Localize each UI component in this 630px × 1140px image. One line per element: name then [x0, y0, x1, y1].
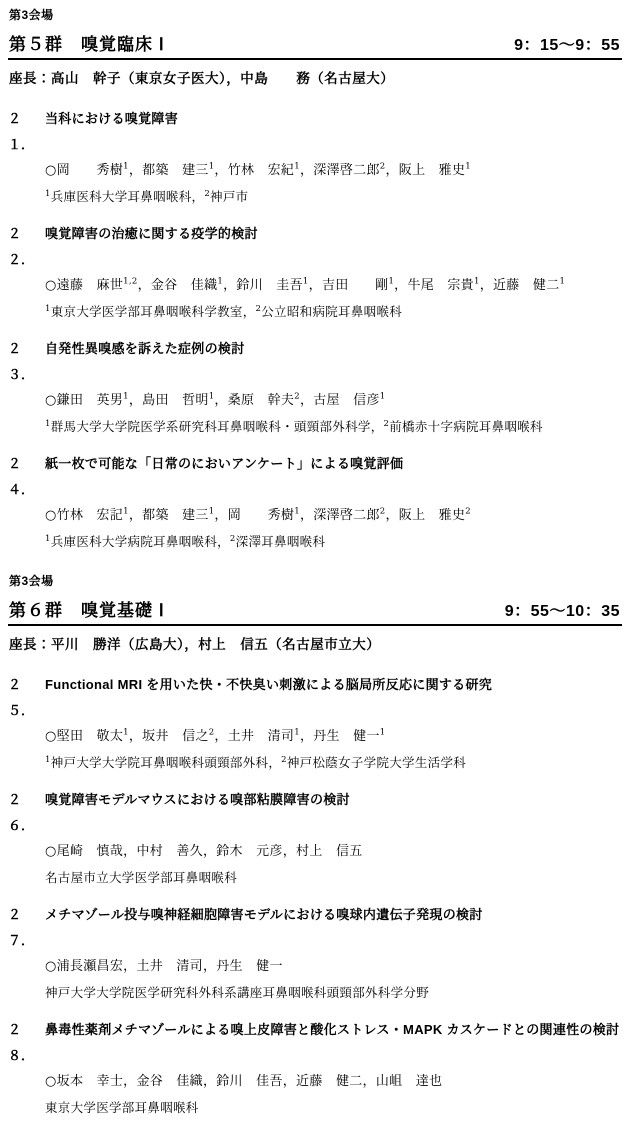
presentation-22: ２２． 嗅覚障害の治癒に関する疫学的検討 ○遠藤 麻世1,2，金谷 佳織1，鈴川…: [8, 221, 622, 325]
presentation-authors: ○鎌田 英男1，島田 哲明1，桑原 幹夫2，古屋 信彦1: [45, 388, 622, 414]
presentation-affiliation: 神戸大学大学院医学研究科外科系講座耳鼻咽喉科頭頸部外科学分野: [45, 980, 622, 1006]
presentation-number: ２３．: [8, 336, 45, 388]
session-group-6: 第3会場 第６群 嗅覚基礎 Ⅰ 9：55～10：35 座長：平川 勝洋（広島大）…: [8, 572, 622, 1121]
presentation-number: ２６．: [8, 787, 45, 839]
presentation-27: ２７． メチマゾール投与嗅神経細胞障害モデルにおける嗅球内遺伝子発現の検討 ○浦…: [8, 902, 622, 1006]
presentation-authors: ○浦長瀬昌宏，土井 清司，丹生 健一: [45, 954, 622, 980]
presentation-number: ２４．: [8, 451, 45, 503]
presentation-title: 嗅覚障害モデルマウスにおける嗅部粘膜障害の検討: [45, 787, 622, 839]
presentation-title: 鼻毒性薬剤メチマゾールによる嗅上皮障害と酸化ストレス・MAPK カスケードとの関…: [45, 1017, 622, 1069]
presentation-affiliation: 1兵庫医科大学病院耳鼻咽喉科，2深澤耳鼻咽喉科: [45, 529, 622, 555]
presentation-affiliation: 1兵庫医科大学耳鼻咽喉科，2神戸市: [45, 184, 622, 210]
session-header: 第５群 嗅覚臨床 Ⅰ 9：15～9：55: [8, 30, 622, 60]
program-page: 第3会場 第５群 嗅覚臨床 Ⅰ 9：15～9：55 座長：高山 幹子（東京女子医…: [0, 0, 630, 1140]
presentation-26: ２６． 嗅覚障害モデルマウスにおける嗅部粘膜障害の検討 ○尾崎 慎哉，中村 善久…: [8, 787, 622, 891]
presentation-affiliation: 東京大学医学部耳鼻咽喉科: [45, 1095, 622, 1121]
presentation-25: ２５． Functional MRI を用いた快・不快臭い刺激による脳局所反応に…: [8, 672, 622, 776]
presentation-affiliation: 1神戸大学大学院耳鼻咽喉科頭頸部外科，2神戸松蔭女子学院大学生活学科: [45, 750, 622, 776]
presentation-number: ２８．: [8, 1017, 45, 1069]
presentation-number: ２５．: [8, 672, 45, 724]
presentation-authors: ○尾崎 慎哉，中村 善久，鈴木 元彦，村上 信五: [45, 839, 622, 865]
presentation-authors: ○坂本 幸士，金谷 佳織，鈴川 佳吾，近藤 健二，山岨 達也: [45, 1069, 622, 1095]
session-chairs: 座長：高山 幹子（東京女子医大），中島 務（名古屋大）: [9, 67, 622, 87]
presentation-affiliation: 1群馬大学大学院医学系研究科耳鼻咽喉科・頭頸部外科学，2前橋赤十字病院耳鼻咽喉科: [45, 414, 622, 440]
session-chairs: 座長：平川 勝洋（広島大），村上 信五（名古屋市立大）: [9, 633, 622, 653]
presentation-number: ２１．: [8, 106, 45, 158]
presentation-authors: ○岡 秀樹1，都築 建三1，竹林 宏紀1，深澤啓二郎2，阪上 雅史1: [45, 158, 622, 184]
presentation-title: 紙一枚で可能な「日常のにおいアンケート」による嗅覚評価: [45, 451, 622, 503]
presentation-number: ２７．: [8, 902, 45, 954]
presentation-title: Functional MRI を用いた快・不快臭い刺激による脳局所反応に関する研…: [45, 672, 622, 724]
session-title: 第６群 嗅覚基礎 Ⅰ: [9, 596, 165, 621]
presentation-affiliation: 名古屋市立大学医学部耳鼻咽喉科: [45, 865, 622, 891]
presentation-authors: ○堅田 敬太1，坂井 信之2，土井 清司1，丹生 健一1: [45, 724, 622, 750]
venue-label: 第3会場: [9, 572, 622, 589]
presentation-21: ２１． 当科における嗅覚障害 ○岡 秀樹1，都築 建三1，竹林 宏紀1，深澤啓二…: [8, 106, 622, 210]
venue-label: 第3会場: [9, 6, 622, 23]
session-title: 第５群 嗅覚臨床 Ⅰ: [9, 30, 165, 55]
presentation-affiliation: 1東京大学医学部耳鼻咽喉科学教室，2公立昭和病院耳鼻咽喉科: [45, 299, 622, 325]
session-time: 9：55～10：35: [505, 598, 620, 621]
presentation-number: ２２．: [8, 221, 45, 273]
presentation-title: 嗅覚障害の治癒に関する疫学的検討: [45, 221, 622, 273]
presentation-authors: ○遠藤 麻世1,2，金谷 佳織1，鈴川 圭吾1，吉田 剛1，牛尾 宗貴1，近藤 …: [45, 273, 622, 299]
presentation-24: ２４． 紙一枚で可能な「日常のにおいアンケート」による嗅覚評価 ○竹林 宏記1，…: [8, 451, 622, 555]
session-time: 9：15～9：55: [514, 32, 620, 55]
presentation-title: メチマゾール投与嗅神経細胞障害モデルにおける嗅球内遺伝子発現の検討: [45, 902, 622, 954]
presentation-authors: ○竹林 宏記1，都築 建三1，岡 秀樹1，深澤啓二郎2，阪上 雅史2: [45, 503, 622, 529]
presentation-28: ２８． 鼻毒性薬剤メチマゾールによる嗅上皮障害と酸化ストレス・MAPK カスケー…: [8, 1017, 622, 1121]
presentation-23: ２３． 自発性異嗅感を訴えた症例の検討 ○鎌田 英男1，島田 哲明1，桑原 幹夫…: [8, 336, 622, 440]
presentation-title: 自発性異嗅感を訴えた症例の検討: [45, 336, 622, 388]
session-header: 第６群 嗅覚基礎 Ⅰ 9：55～10：35: [8, 596, 622, 626]
session-group-5: 第3会場 第５群 嗅覚臨床 Ⅰ 9：15～9：55 座長：高山 幹子（東京女子医…: [8, 6, 622, 555]
presentation-title: 当科における嗅覚障害: [45, 106, 622, 158]
